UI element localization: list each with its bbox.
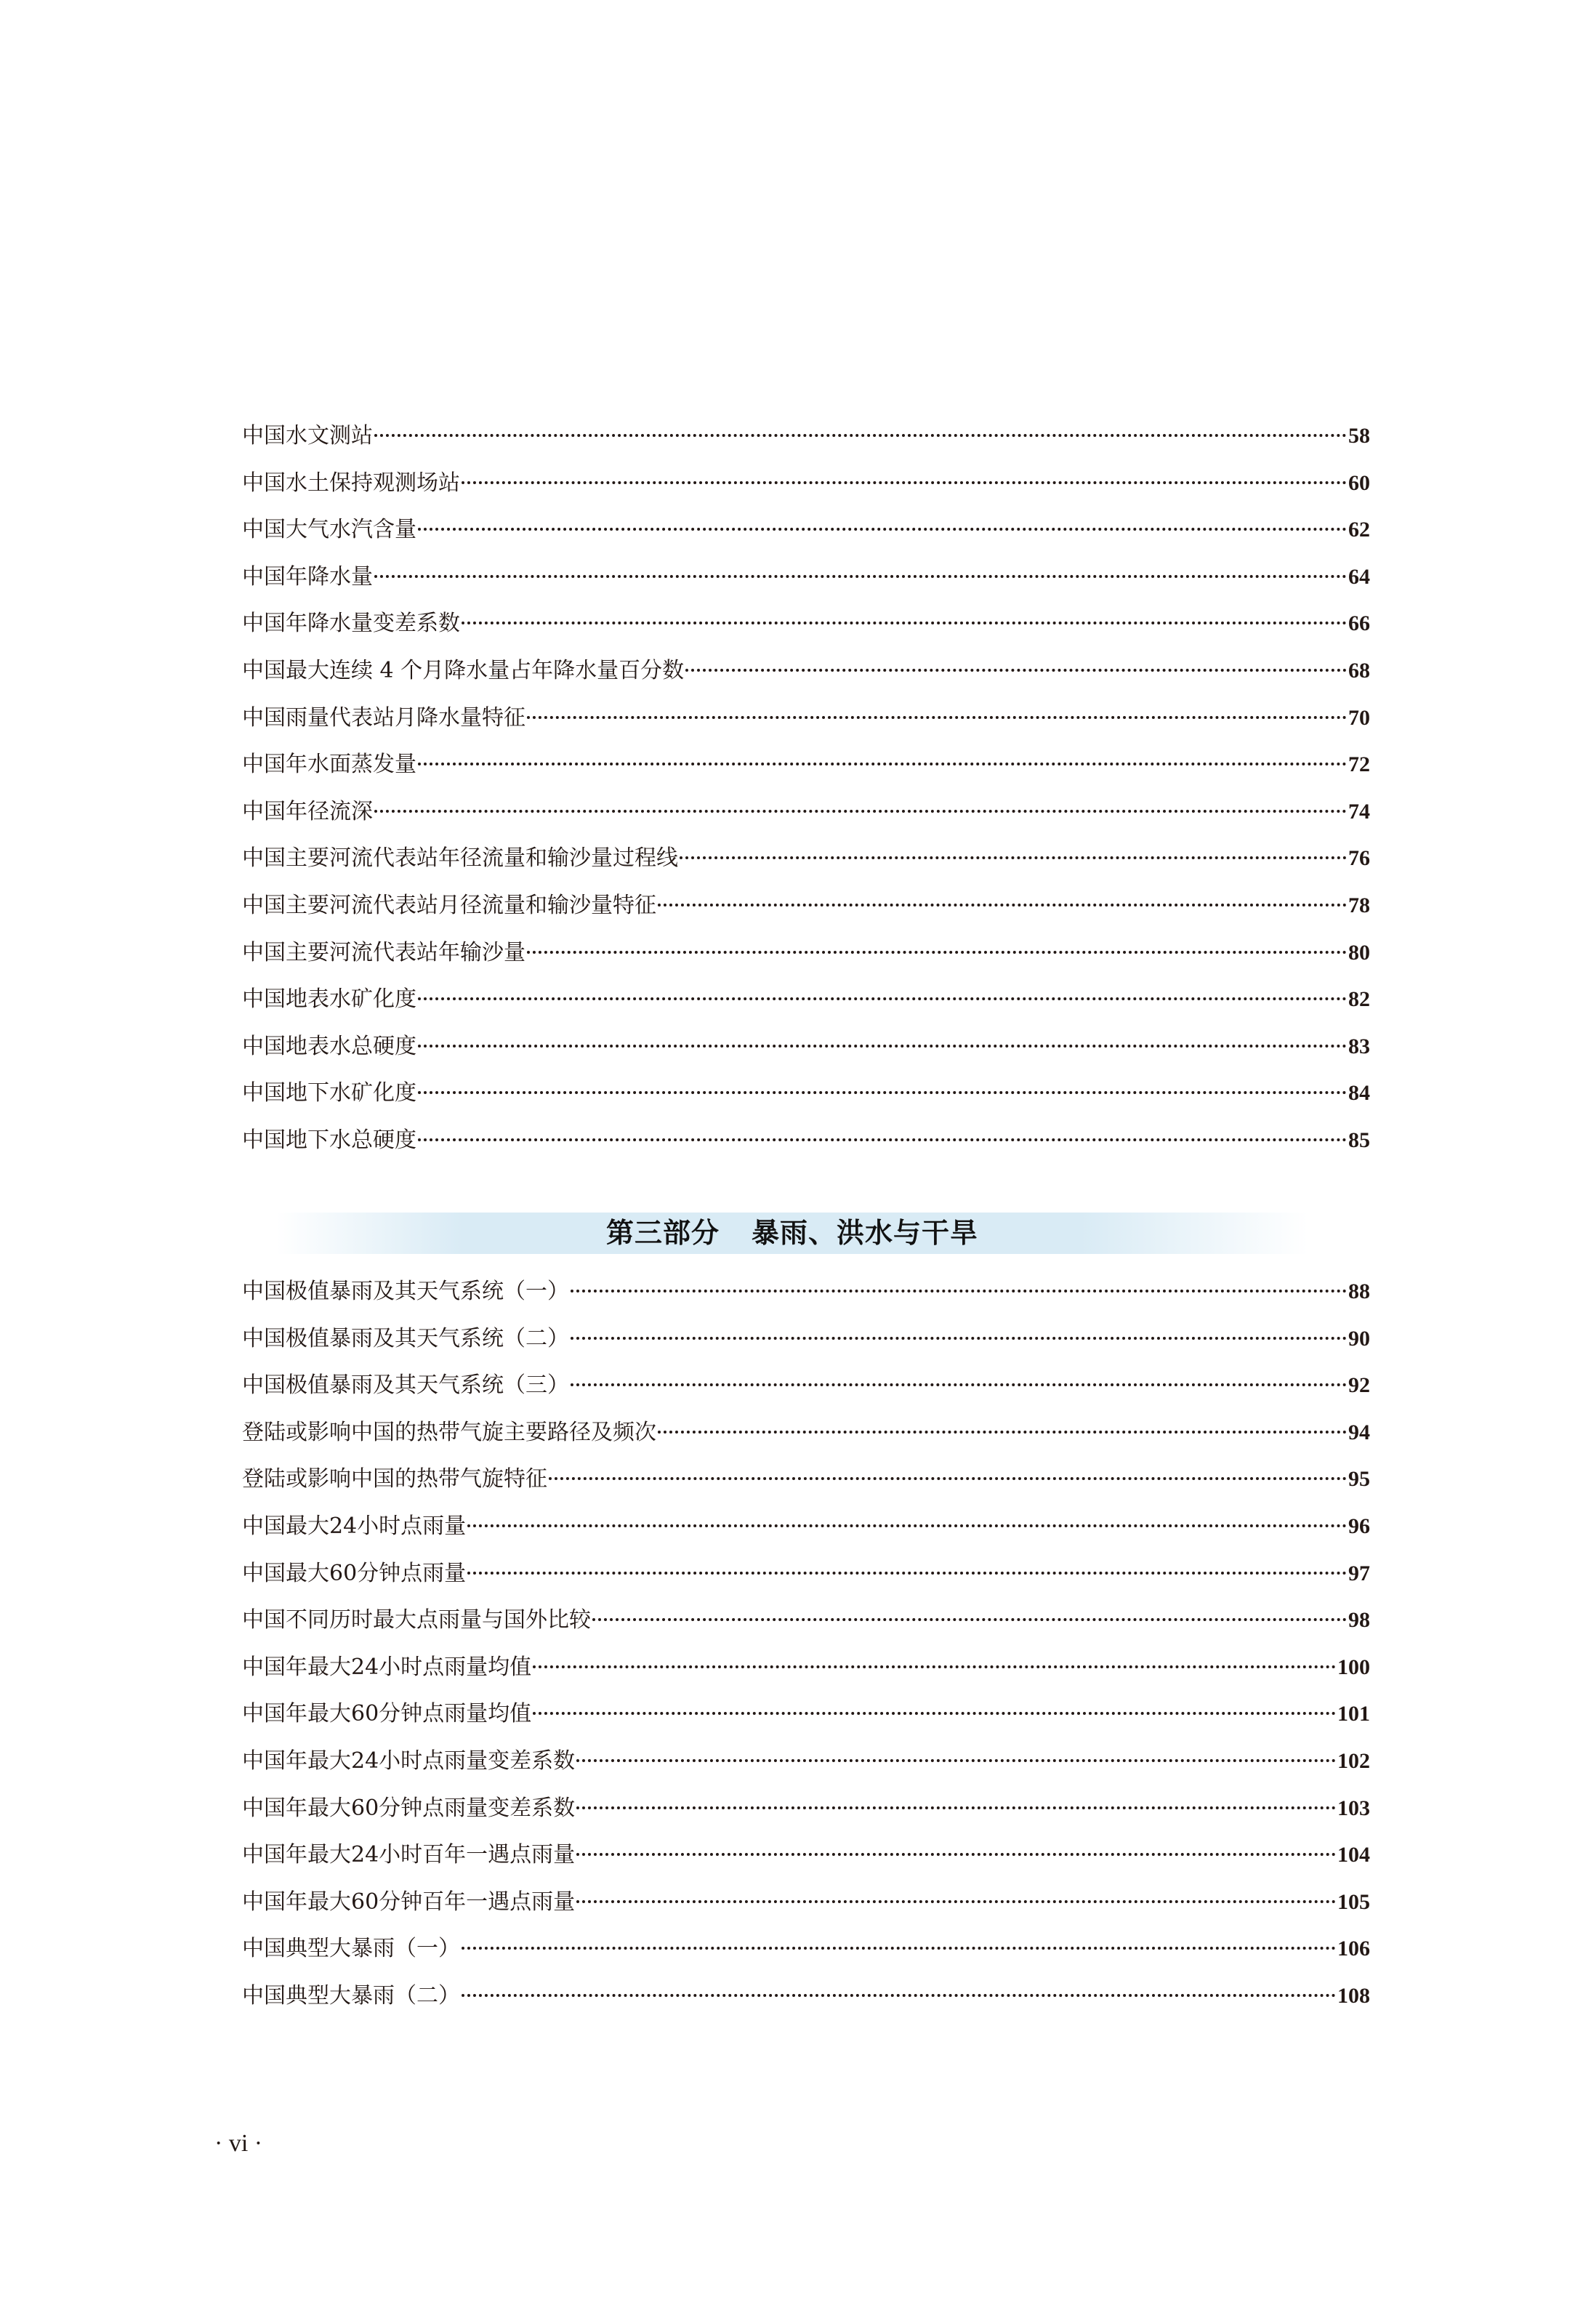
toc-entry-page: 68 xyxy=(1348,648,1370,695)
dot-leader xyxy=(571,1289,1347,1292)
dot-leader xyxy=(418,762,1347,765)
toc-entry-page: 105 xyxy=(1337,1879,1370,1926)
toc-entry[interactable]: 中国年径流深74 xyxy=(242,789,1370,836)
toc-entry-title: 中国水文测站 xyxy=(242,413,373,460)
toc-entry-title: 中国不同历时最大点雨量与国外比较 xyxy=(242,1597,591,1644)
dot-leader xyxy=(418,997,1347,1000)
toc-entry-page: 108 xyxy=(1337,1973,1370,2020)
toc-entry-title: 中国极值暴雨及其天气系统（三） xyxy=(242,1362,569,1410)
toc-entry[interactable]: 中国大气水汽含量62 xyxy=(242,507,1370,554)
toc-entry-title: 登陆或影响中国的热带气旋特征 xyxy=(242,1456,547,1503)
dot-leader xyxy=(374,809,1347,813)
toc-continued-section: 中国水文测站58 中国水土保持观测场站60 中国大气水汽含量62 中国年降水量6… xyxy=(242,413,1370,1165)
toc-entry-page: 92 xyxy=(1348,1362,1370,1410)
toc-entry[interactable]: 中国年最大24小时点雨量变差系数102 xyxy=(242,1738,1370,1785)
dot-leader xyxy=(658,1430,1347,1434)
toc-entry[interactable]: 登陆或影响中国的热带气旋特征95 xyxy=(242,1456,1370,1503)
toc-entry-title: 中国年最大24小时百年一遇点雨量 xyxy=(242,1832,575,1879)
toc-entry-page: 106 xyxy=(1337,1926,1370,1973)
dot-leader xyxy=(462,1946,1336,1950)
toc-entry-page: 96 xyxy=(1348,1503,1370,1551)
dot-leader xyxy=(374,574,1347,578)
toc-entry[interactable]: 中国最大24小时点雨量96 xyxy=(242,1503,1370,1551)
toc-entry[interactable]: 中国地下水矿化度84 xyxy=(242,1070,1370,1117)
dot-leader xyxy=(527,715,1347,719)
toc-entry-title: 中国主要河流代表站月径流量和输沙量特征 xyxy=(242,882,656,930)
dot-leader xyxy=(576,1899,1336,1903)
toc-entry-title: 中国主要河流代表站年径流量和输沙量过程线 xyxy=(242,835,678,882)
toc-entry[interactable]: 中国水文测站58 xyxy=(242,413,1370,460)
toc-entry-title: 中国典型大暴雨（一） xyxy=(242,1926,460,1973)
dot-leader xyxy=(533,1665,1336,1668)
part-heading-band: 第三部分暴雨、洪水与干旱 xyxy=(276,1213,1308,1254)
toc-entry-page: 103 xyxy=(1337,1785,1370,1833)
toc-entry[interactable]: 中国最大60分钟点雨量97 xyxy=(242,1551,1370,1598)
toc-entry[interactable]: 中国年最大24小时点雨量均值100 xyxy=(242,1644,1370,1692)
toc-entry[interactable]: 中国典型大暴雨（二）108 xyxy=(242,1973,1370,2020)
toc-entry[interactable]: 中国极值暴雨及其天气系统（三）92 xyxy=(242,1362,1370,1410)
toc-entry-title: 中国主要河流代表站年输沙量 xyxy=(242,930,525,977)
toc-entry-title: 中国年最大24小时点雨量变差系数 xyxy=(242,1738,575,1785)
toc-entry-page: 90 xyxy=(1348,1316,1370,1363)
toc-entry-title: 中国年降水量 xyxy=(242,554,373,601)
dot-leader xyxy=(571,1336,1347,1340)
toc-entry-page: 66 xyxy=(1348,600,1370,648)
toc-entry-title: 中国年最大60分钟百年一遇点雨量 xyxy=(242,1879,575,1926)
toc-entry-title: 中国最大60分钟点雨量 xyxy=(242,1551,466,1598)
dot-leader xyxy=(685,668,1347,672)
toc-entry[interactable]: 中国年最大60分钟点雨量均值101 xyxy=(242,1691,1370,1738)
toc-entry-page: 58 xyxy=(1348,413,1370,460)
toc-entry-page: 62 xyxy=(1348,507,1370,554)
dot-leader xyxy=(418,1138,1347,1141)
toc-entry-title: 中国极值暴雨及其天气系统（二） xyxy=(242,1316,569,1363)
toc-entry-title: 登陆或影响中国的热带气旋主要路径及频次 xyxy=(242,1410,656,1457)
toc-entry[interactable]: 中国主要河流代表站年输沙量80 xyxy=(242,930,1370,977)
toc-entry-page: 80 xyxy=(1348,930,1370,977)
toc-entry-title: 中国大气水汽含量 xyxy=(242,507,416,554)
toc-entry-title: 中国年最大60分钟点雨量变差系数 xyxy=(242,1785,575,1833)
toc-entry[interactable]: 登陆或影响中国的热带气旋主要路径及频次94 xyxy=(242,1410,1370,1457)
toc-entry[interactable]: 中国年降水量变差系数66 xyxy=(242,600,1370,648)
toc-entry-page: 100 xyxy=(1337,1644,1370,1692)
dot-leader xyxy=(467,1524,1347,1527)
toc-entry-title: 中国地下水总硬度 xyxy=(242,1117,416,1165)
toc-entry-title: 中国年最大60分钟点雨量均值 xyxy=(242,1691,531,1738)
toc-entry[interactable]: 中国水土保持观测场站60 xyxy=(242,460,1370,507)
toc-entry-page: 98 xyxy=(1348,1597,1370,1644)
dot-leader xyxy=(533,1711,1336,1715)
toc-entry[interactable]: 中国地表水总硬度83 xyxy=(242,1024,1370,1071)
toc-entry-title: 中国最大24小时点雨量 xyxy=(242,1503,466,1551)
dot-leader xyxy=(462,621,1347,624)
toc-entry[interactable]: 中国年最大60分钟点雨量变差系数103 xyxy=(242,1785,1370,1833)
toc-entry-page: 72 xyxy=(1348,741,1370,789)
toc-entry[interactable]: 中国极值暴雨及其天气系统（一）88 xyxy=(242,1268,1370,1316)
toc-entry[interactable]: 中国年降水量64 xyxy=(242,554,1370,601)
toc-entry-page: 88 xyxy=(1348,1268,1370,1316)
toc-entry-title: 中国最大连续 4 个月降水量占年降水量百分数 xyxy=(242,648,684,695)
toc-entry-title: 中国年水面蒸发量 xyxy=(242,741,416,789)
toc-entry-title: 中国地下水矿化度 xyxy=(242,1070,416,1117)
toc-entry-page: 101 xyxy=(1337,1691,1370,1738)
dot-leader xyxy=(418,527,1347,531)
dot-leader xyxy=(658,903,1347,906)
toc-entry-page: 78 xyxy=(1348,882,1370,930)
toc-entry[interactable]: 中国最大连续 4 个月降水量占年降水量百分数68 xyxy=(242,648,1370,695)
toc-entry-title: 中国极值暴雨及其天气系统（一） xyxy=(242,1268,569,1316)
dot-leader xyxy=(571,1383,1347,1386)
toc-entry-title: 中国年降水量变差系数 xyxy=(242,600,460,648)
toc-entry-title: 中国地表水矿化度 xyxy=(242,976,416,1024)
toc-entry[interactable]: 中国地下水总硬度85 xyxy=(242,1117,1370,1165)
toc-entry[interactable]: 中国主要河流代表站年径流量和输沙量过程线76 xyxy=(242,835,1370,882)
dot-leader xyxy=(462,1993,1336,1997)
toc-entry[interactable]: 中国年水面蒸发量72 xyxy=(242,741,1370,789)
toc-entry-title: 中国年径流深 xyxy=(242,789,373,836)
toc-entry-page: 94 xyxy=(1348,1410,1370,1457)
toc-entry-page: 60 xyxy=(1348,460,1370,507)
toc-entry-page: 74 xyxy=(1348,789,1370,836)
dot-leader xyxy=(576,1852,1336,1856)
toc-entry-title: 中国典型大暴雨（二） xyxy=(242,1973,460,2020)
toc-entry-page: 84 xyxy=(1348,1070,1370,1117)
toc-entry[interactable]: 中国极值暴雨及其天气系统（二）90 xyxy=(242,1316,1370,1363)
toc-entry-page: 97 xyxy=(1348,1551,1370,1598)
dot-leader xyxy=(374,433,1347,437)
dot-leader xyxy=(462,481,1347,484)
toc-entry-title: 中国年最大24小时点雨量均值 xyxy=(242,1644,531,1692)
toc-entry-page: 64 xyxy=(1348,554,1370,601)
toc-entry[interactable]: 中国主要河流代表站月径流量和输沙量特征78 xyxy=(242,882,1370,930)
toc-entry-page: 102 xyxy=(1337,1738,1370,1785)
part-heading[interactable]: 第三部分暴雨、洪水与干旱 xyxy=(276,1213,1308,1254)
dot-leader xyxy=(592,1617,1347,1621)
toc-entry-title: 中国雨量代表站月降水量特征 xyxy=(242,695,525,742)
dot-leader xyxy=(467,1571,1347,1575)
toc-entry-title: 中国水土保持观测场站 xyxy=(242,460,460,507)
dot-leader xyxy=(680,856,1347,859)
toc-entry[interactable]: 中国年最大24小时百年一遇点雨量104 xyxy=(242,1832,1370,1879)
page-folio: · vi · xyxy=(214,2130,262,2158)
dot-leader xyxy=(549,1476,1347,1480)
dot-leader xyxy=(527,950,1347,954)
toc-entry-page: 104 xyxy=(1337,1832,1370,1879)
toc-entry[interactable]: 中国地表水矿化度82 xyxy=(242,976,1370,1024)
dot-leader xyxy=(418,1044,1347,1048)
dot-leader xyxy=(576,1806,1336,1809)
toc-entry-title: 中国地表水总硬度 xyxy=(242,1024,416,1071)
part-title: 暴雨、洪水与干旱 xyxy=(752,1217,978,1249)
toc-entry-page: 85 xyxy=(1348,1117,1370,1165)
toc-part3-section: 中国极值暴雨及其天气系统（一）88 中国极值暴雨及其天气系统（二）90 中国极值… xyxy=(242,1268,1370,2020)
dot-leader xyxy=(418,1090,1347,1094)
toc-entry-page: 95 xyxy=(1348,1456,1370,1503)
dot-leader xyxy=(576,1758,1336,1762)
toc-entry[interactable]: 中国雨量代表站月降水量特征70 xyxy=(242,695,1370,742)
toc-entry[interactable]: 中国年最大60分钟百年一遇点雨量105 xyxy=(242,1879,1370,1926)
part-label: 第三部分 xyxy=(606,1217,720,1249)
toc-entry-page: 76 xyxy=(1348,835,1370,882)
toc-entry-page: 83 xyxy=(1348,1024,1370,1071)
toc-entry[interactable]: 中国典型大暴雨（一）106 xyxy=(242,1926,1370,1973)
toc-entry-page: 82 xyxy=(1348,976,1370,1024)
toc-entry[interactable]: 中国不同历时最大点雨量与国外比较98 xyxy=(242,1597,1370,1644)
toc-entry-page: 70 xyxy=(1348,695,1370,742)
